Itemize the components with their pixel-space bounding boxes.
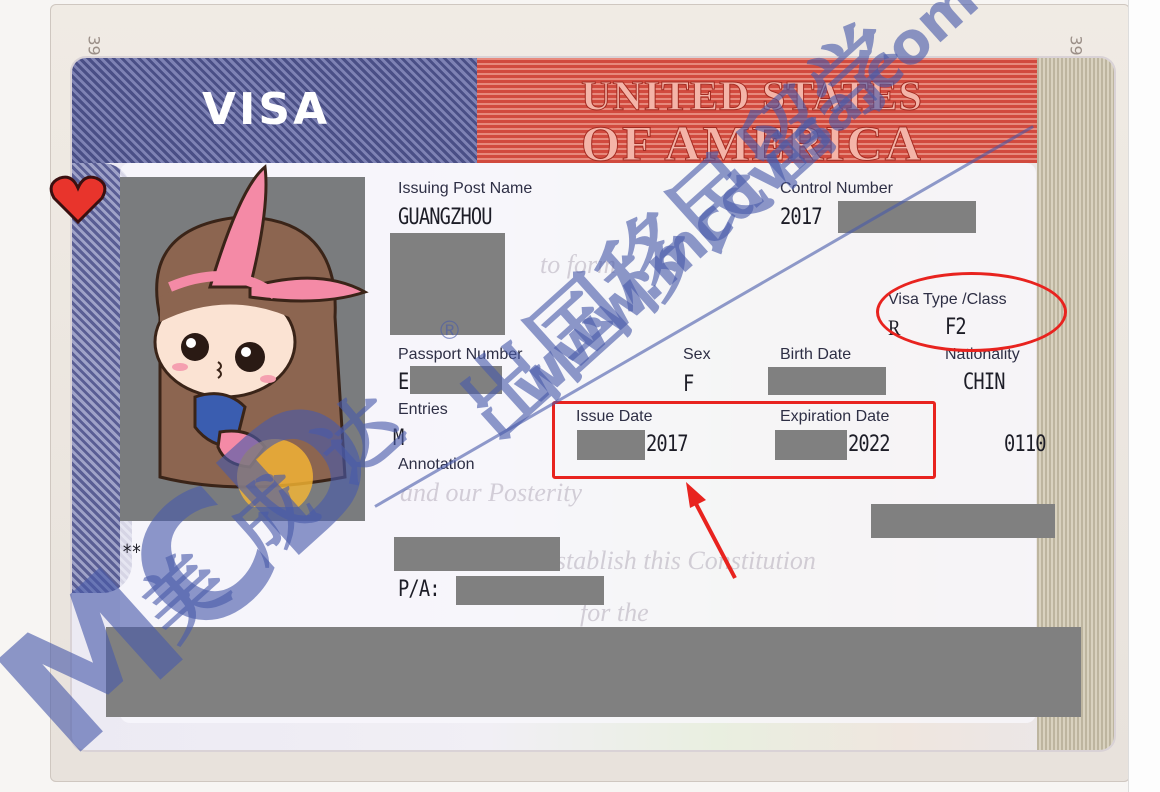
redacted-mrz — [106, 627, 1081, 717]
issuing-post-value: GUANGZHOU — [398, 205, 492, 230]
holder-photo-redacted — [120, 177, 365, 521]
stars-marker: ** — [122, 540, 141, 564]
page-number-left: 39 — [85, 35, 104, 55]
entries-value: M — [393, 426, 403, 451]
passport-number-value: E — [398, 370, 408, 395]
entries-label: Entries — [398, 401, 448, 419]
cartoon-girl-sticker — [100, 147, 380, 507]
control-number-value: 2017 — [780, 205, 822, 230]
redacted-pa-value — [456, 576, 604, 605]
heart-icon — [48, 172, 108, 227]
red-arrow-icon — [680, 478, 750, 588]
visa-type-highlight-ellipse — [876, 272, 1067, 352]
sex-value: F — [683, 372, 693, 397]
issuing-post-label: Issuing Post Name — [398, 180, 532, 198]
country-line-1: UNITED STATES — [502, 76, 1002, 118]
redacted-annotation-right — [871, 504, 1055, 538]
nationality-value: CHIN — [963, 370, 1005, 395]
control-number-label: Control Number — [780, 180, 893, 198]
page-edge — [1128, 0, 1160, 792]
dates-highlight-box — [552, 401, 936, 479]
sex-label: Sex — [683, 346, 711, 364]
country-title: UNITED STATES OF AMERICA — [502, 76, 1002, 168]
visa-title: VISA — [202, 84, 330, 135]
bg-text-3: Establish this Constitution — [540, 546, 816, 576]
page-number-right: 39 — [1067, 35, 1086, 55]
birth-date-label: Birth Date — [780, 346, 851, 364]
redacted-annotation-line — [394, 537, 560, 571]
passport-number-label: Passport Number — [398, 346, 523, 364]
visa-code-value: 0110 — [1004, 432, 1046, 457]
registered-mark: ® — [440, 315, 459, 346]
bg-text-1: to form — [540, 250, 616, 280]
redacted-passport-number — [410, 366, 502, 394]
pa-label: P/A: — [398, 577, 440, 602]
country-line-2: OF AMERICA — [502, 118, 1002, 168]
redacted-birth-date — [768, 367, 886, 395]
bg-text-2: and our Posterity — [400, 478, 582, 508]
